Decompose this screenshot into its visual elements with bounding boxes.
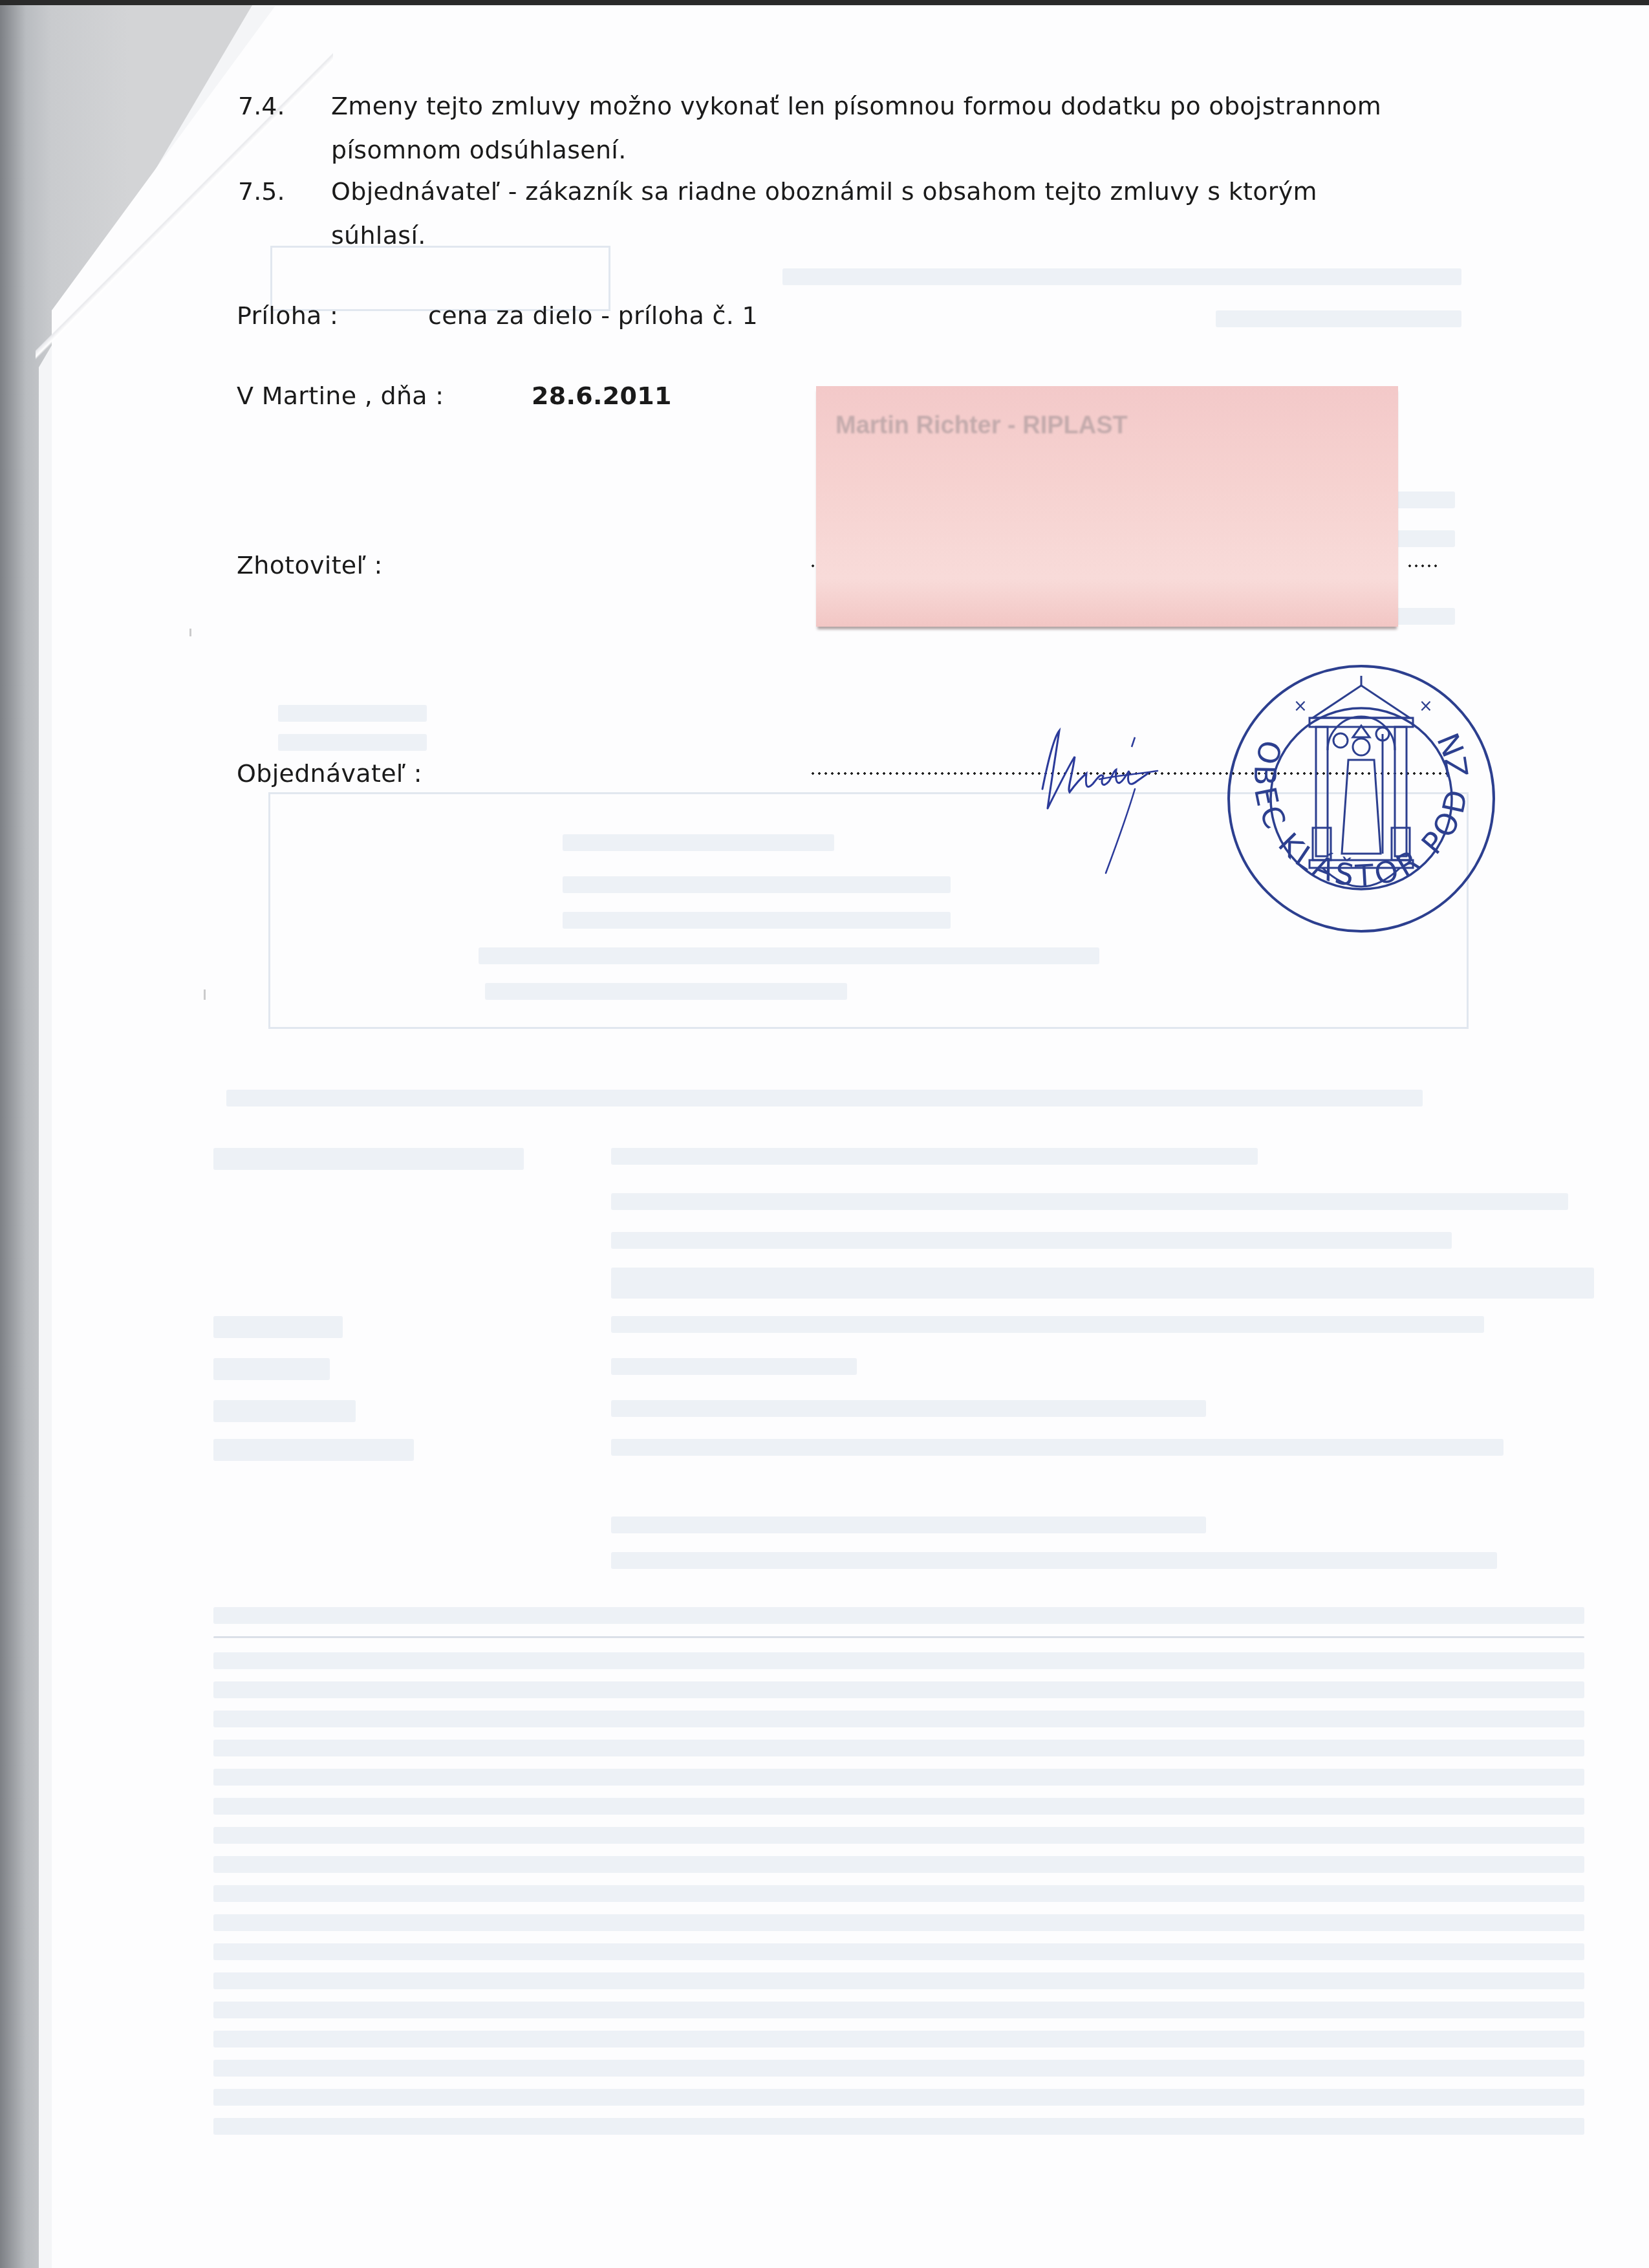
scanner-edge bbox=[0, 0, 1649, 5]
clause-number: 7.5. bbox=[238, 176, 285, 207]
clause-number: 7.4. bbox=[238, 91, 285, 122]
svg-text:×: × bbox=[1419, 697, 1433, 716]
clause-text-line: súhlasí. bbox=[331, 220, 426, 251]
scan-speck bbox=[204, 989, 206, 1000]
scan-speck bbox=[189, 629, 191, 636]
contractor-label: Zhotoviteľ : bbox=[237, 550, 383, 581]
svg-text:×: × bbox=[1293, 697, 1308, 716]
municipal-stamp: OBEC KLÁŠTOR POD ZNIEVOM × × bbox=[1216, 653, 1507, 938]
clause-text-line: písomnom odsúhlasení. bbox=[331, 135, 627, 166]
clause-text-line: Objednávateľ - zákazník sa riadne obozná… bbox=[331, 176, 1317, 207]
sticky-note-show-through: Martin Richter - RIPLAST bbox=[835, 412, 1128, 440]
contractor-signature-line-end bbox=[1406, 564, 1439, 568]
clause-text-line: Zmeny tejto zmluvy možno vykonať len pís… bbox=[331, 91, 1381, 122]
customer-label: Objednávateľ : bbox=[237, 758, 422, 789]
place-date-label: V Martine , dňa : bbox=[237, 380, 444, 411]
sticky-note: Martin Richter - RIPLAST bbox=[816, 386, 1398, 627]
handwritten-signature bbox=[1002, 711, 1222, 880]
attachment-value: cena za dielo - príloha č. 1 bbox=[428, 300, 758, 331]
contract-date: 28.6.2011 bbox=[532, 380, 672, 411]
attachment-label: Príloha : bbox=[237, 300, 338, 331]
